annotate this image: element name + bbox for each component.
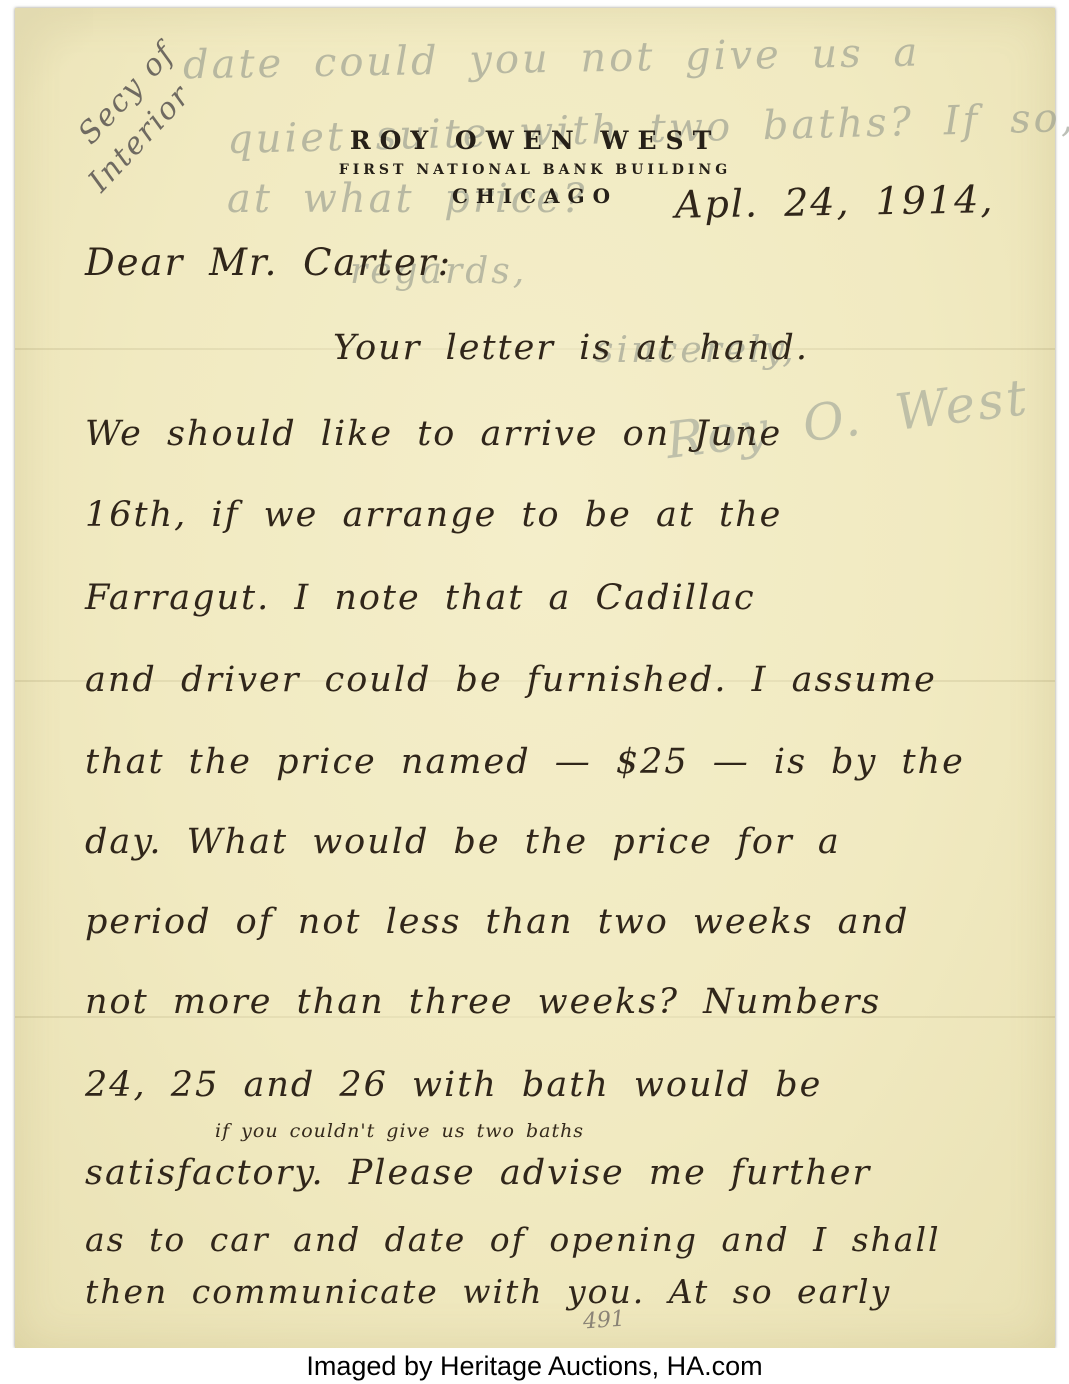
body-line: that the price named — $25 — is by the	[85, 742, 965, 782]
interline-insertion: if you couldn't give us two baths	[215, 1120, 584, 1142]
body-line: 16th, if we arrange to be at the	[85, 495, 782, 535]
imaged-by-caption: Imaged by Heritage Auctions, HA.com	[0, 1351, 1069, 1382]
corner-fold	[15, 8, 93, 108]
body-line: period of not less than two weeks and	[85, 902, 909, 942]
body-line: satisfactory. Please advise me further	[85, 1153, 871, 1193]
body-line: not more than three weeks? Numbers	[85, 982, 881, 1022]
letterhead-building: FIRST NATIONAL BANK BUILDING	[15, 162, 1055, 178]
letter-date: Apl. 24, 1914,	[675, 177, 995, 227]
pencil-number: 491	[582, 1307, 626, 1335]
body-line: Farragut. I note that a Cadillac	[85, 578, 756, 618]
letterhead-name: ROY OWEN WEST	[15, 126, 1055, 155]
letter-opening: Your letter is at hand.	[333, 328, 809, 368]
letter-page: date could you not give us a quiet suite…	[15, 8, 1055, 1348]
body-line: as to car and date of opening and I shal…	[85, 1220, 941, 1259]
body-line: 24, 25 and 26 with bath would be	[85, 1065, 822, 1105]
body-line: and driver could be furnished. I assume	[85, 660, 937, 700]
letter-salutation: Dear Mr. Carter:	[85, 241, 452, 284]
body-line: We should like to arrive on June	[85, 414, 782, 454]
scan-background: date could you not give us a quiet suite…	[0, 0, 1069, 1384]
body-line: then communicate with you. At so early	[85, 1272, 891, 1311]
caption-strip: Imaged by Heritage Auctions, HA.com	[0, 1348, 1069, 1384]
body-line: day. What would be the price for a	[85, 822, 841, 862]
bleed-through-line: date could you not give us a	[183, 30, 921, 89]
